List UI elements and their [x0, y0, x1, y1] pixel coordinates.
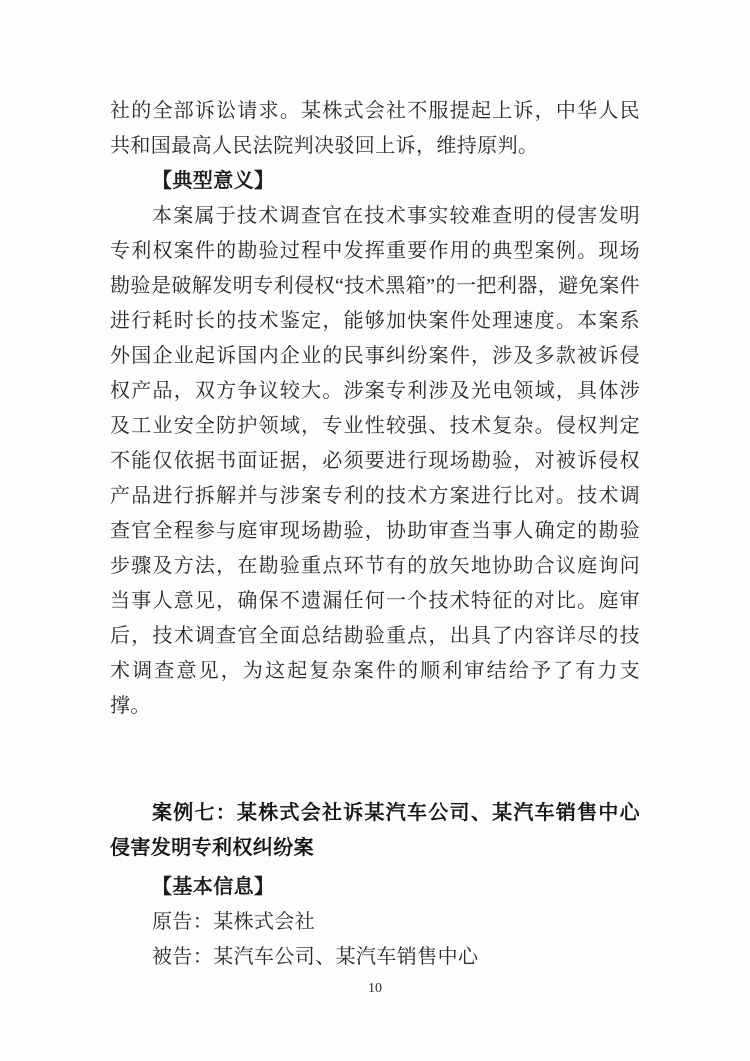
- page-text-block: 社的全部诉讼请求。某株式会社不服提起上诉，中华人民共和国最高人民法院判决驳回上诉…: [110, 94, 640, 975]
- section-header-typical-significance: 【典型意义】: [110, 164, 640, 199]
- document-page: 社的全部诉讼请求。某株式会社不服提起上诉，中华人民共和国最高人民法院判决驳回上诉…: [0, 0, 750, 1061]
- plaintiff-line: 原告：某株式会社: [110, 905, 640, 940]
- typical-significance-paragraph: 本案属于技术调查官在技术事实较难查明的侵害发明专利权案件的勘验过程中发挥重要作用…: [110, 199, 640, 724]
- page-number: 10: [0, 980, 750, 998]
- continuation-paragraph: 社的全部诉讼请求。某株式会社不服提起上诉，中华人民共和国最高人民法院判决驳回上诉…: [110, 94, 640, 164]
- case-seven-heading: 案例七：某株式会社诉某汽车公司、某汽车销售中心侵害发明专利权纠纷案: [110, 796, 640, 866]
- section-header-basic-info: 【基本信息】: [110, 870, 640, 905]
- defendant-line: 被告：某汽车公司、某汽车销售中心: [110, 940, 640, 975]
